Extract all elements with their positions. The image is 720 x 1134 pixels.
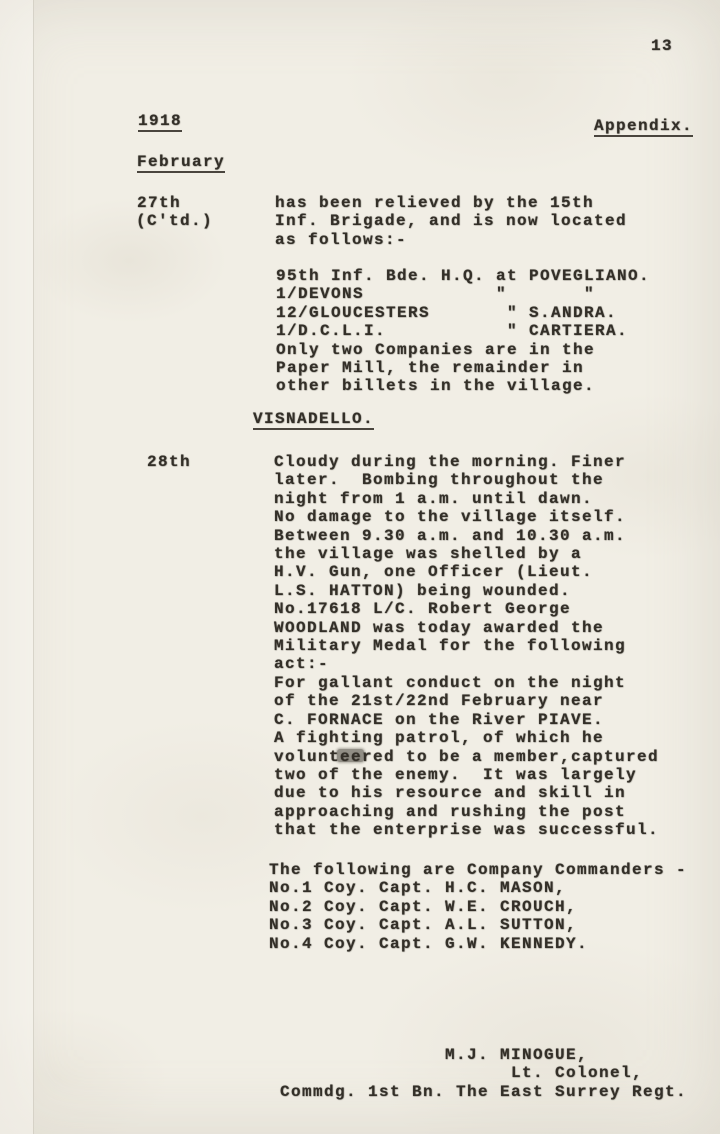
entry-27-date-note: (C'td.) bbox=[136, 212, 213, 230]
ink-smudge bbox=[337, 749, 364, 762]
year-heading: 1918 bbox=[138, 112, 182, 132]
company-commanders-list: The following are Company Commanders - N… bbox=[269, 861, 687, 953]
page-number: 13 bbox=[651, 37, 673, 55]
entry-27-locations-list: 95th Inf. Bde. H.Q. at POVEGLIANO. 1/DEV… bbox=[276, 267, 650, 396]
place-heading-visnadello: VISNADELLO. bbox=[253, 410, 374, 430]
document-page: 13 1918 Appendix. February 27th (C'td.) … bbox=[0, 0, 720, 1134]
paper-edge bbox=[0, 0, 34, 1134]
month-heading: February bbox=[137, 153, 225, 173]
appendix-heading: Appendix. bbox=[594, 117, 693, 137]
entry-27-intro-paragraph: has been relieved by the 15th Inf. Briga… bbox=[275, 194, 627, 249]
entry-28-body-paragraph: Cloudy during the morning. Finer later. … bbox=[274, 453, 659, 840]
signature-rank: Lt. Colonel, bbox=[511, 1064, 643, 1082]
signature-name: M.J. MINOGUE, bbox=[445, 1046, 588, 1064]
signature-unit: Commdg. 1st Bn. The East Surrey Regt. bbox=[280, 1083, 687, 1101]
entry-27-date: 27th bbox=[137, 194, 181, 212]
entry-28-date: 28th bbox=[147, 453, 191, 471]
